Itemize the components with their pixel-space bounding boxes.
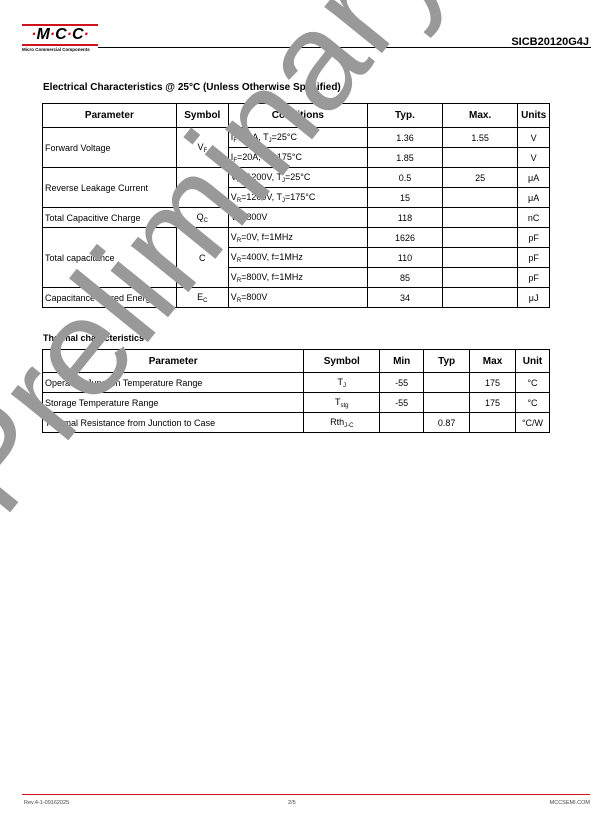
typ-cell: 34 — [367, 288, 442, 308]
symbol-cell: QC — [176, 208, 228, 228]
table-row: Operating Junction Temperature RangeTJ-5… — [43, 373, 550, 393]
logo-bottom-bar — [22, 44, 98, 46]
column-header-units: Units — [518, 104, 550, 128]
thermal-characteristics-table: ParameterSymbolMinTypMaxUnit Operating J… — [42, 349, 550, 433]
max-cell: 25 — [442, 168, 517, 188]
column-header-max: Max — [470, 350, 516, 373]
max-cell — [442, 288, 517, 308]
table-row: Total Capacitive ChargeQCVR=800V118nC — [43, 208, 550, 228]
unit-cell: μJ — [518, 288, 550, 308]
column-header-unit: Unit — [515, 350, 549, 373]
max-cell — [442, 148, 517, 168]
typ-cell: 1.36 — [367, 128, 442, 148]
typ-cell — [424, 373, 470, 393]
column-header-typ: Typ. — [367, 104, 442, 128]
min-cell — [380, 413, 424, 433]
max-cell — [470, 413, 516, 433]
symbol-cell: IR — [176, 168, 228, 208]
parameter-cell: Storage Temperature Range — [43, 393, 304, 413]
table-row: Reverse Leakage CurrentIRVR=1200V, TJ=25… — [43, 168, 550, 188]
table-row: Storage Temperature RangeTstg-55175°C — [43, 393, 550, 413]
unit-cell: μA — [518, 168, 550, 188]
mcc-logo: ·M·C·C· Micro Commercial Components — [22, 24, 98, 53]
conditions-cell: IF=20A, TJ=25°C — [228, 128, 367, 148]
thermal-section-title: Thermal characteristics — [43, 333, 144, 343]
min-cell: -55 — [380, 393, 424, 413]
typ-cell: 118 — [367, 208, 442, 228]
conditions-cell: IF=20A, TJ=175°C — [228, 148, 367, 168]
table-row: Thermal Resistance from Junction to Case… — [43, 413, 550, 433]
column-header-min: Min — [380, 350, 424, 373]
column-header-symbol: Symbol — [176, 104, 228, 128]
max-cell — [442, 208, 517, 228]
symbol-cell: TJ — [304, 373, 380, 393]
unit-cell: pF — [518, 268, 550, 288]
part-number: SICB20120G4J — [511, 36, 589, 48]
table-row: Forward VoltageVFIF=20A, TJ=25°C1.361.55… — [43, 128, 550, 148]
conditions-cell: VR=800V, f=1MHz — [228, 268, 367, 288]
unit-cell: pF — [518, 228, 550, 248]
max-cell: 1.55 — [442, 128, 517, 148]
typ-cell: 85 — [367, 268, 442, 288]
column-header-symbol: Symbol — [304, 350, 380, 373]
typ-cell: 1.85 — [367, 148, 442, 168]
max-cell: 175 — [470, 393, 516, 413]
unit-cell: °C/W — [515, 413, 549, 433]
max-cell — [442, 248, 517, 268]
unit-cell: V — [518, 128, 550, 148]
typ-cell: 15 — [367, 188, 442, 208]
conditions-cell: VR=1200V, TJ=175°C — [228, 188, 367, 208]
conditions-cell: VR=0V, f=1MHz — [228, 228, 367, 248]
unit-cell: pF — [518, 248, 550, 268]
parameter-cell: Reverse Leakage Current — [43, 168, 177, 208]
typ-cell: 0.87 — [424, 413, 470, 433]
max-cell — [442, 188, 517, 208]
symbol-cell: EC — [176, 288, 228, 308]
logo-subtitle: Micro Commercial Components — [22, 47, 98, 53]
footer-website: MCCSEMI.COM — [550, 800, 590, 806]
table-row: Capacitance Stored EnergyECVR=800V34μJ — [43, 288, 550, 308]
parameter-cell: Thermal Resistance from Junction to Case — [43, 413, 304, 433]
max-cell — [442, 228, 517, 248]
conditions-cell: VR=1200V, TJ=25°C — [228, 168, 367, 188]
typ-cell: 1626 — [367, 228, 442, 248]
min-cell: -55 — [380, 373, 424, 393]
unit-cell: μA — [518, 188, 550, 208]
parameter-cell: Capacitance Stored Energy — [43, 288, 177, 308]
typ-cell: 0.5 — [367, 168, 442, 188]
footer-page-number: 2/5 — [288, 800, 296, 806]
electrical-characteristics-table: ParameterSymbolConditionsTyp.Max.Units F… — [42, 103, 550, 308]
parameter-cell: Total capacitance — [43, 228, 177, 288]
symbol-cell: C — [176, 228, 228, 288]
parameter-cell: Total Capacitive Charge — [43, 208, 177, 228]
conditions-cell: VR=800V — [228, 288, 367, 308]
symbol-cell: RthJ-C — [304, 413, 380, 433]
footer-rule — [22, 794, 590, 795]
logo-mark: ·M·C·C· — [22, 26, 98, 44]
symbol-cell: Tstg — [304, 393, 380, 413]
column-header-conditions: Conditions — [228, 104, 367, 128]
typ-cell: 110 — [367, 248, 442, 268]
unit-cell: °C — [515, 373, 549, 393]
parameter-cell: Operating Junction Temperature Range — [43, 373, 304, 393]
unit-cell: °C — [515, 393, 549, 413]
symbol-cell: VF — [176, 128, 228, 168]
column-header-parameter: Parameter — [43, 104, 177, 128]
footer-revision: Rev.4-1-09162025 — [24, 800, 69, 806]
parameter-cell: Forward Voltage — [43, 128, 177, 168]
column-header-typ: Typ — [424, 350, 470, 373]
conditions-cell: VR=400V, f=1MHz — [228, 248, 367, 268]
unit-cell: nC — [518, 208, 550, 228]
column-header-parameter: Parameter — [43, 350, 304, 373]
typ-cell — [424, 393, 470, 413]
column-header-max: Max. — [442, 104, 517, 128]
conditions-cell: VR=800V — [228, 208, 367, 228]
electrical-section-title: Electrical Characteristics @ 25°C (Unles… — [43, 82, 341, 93]
max-cell: 175 — [470, 373, 516, 393]
max-cell — [442, 268, 517, 288]
unit-cell: V — [518, 148, 550, 168]
table-row: Total capacitanceCVR=0V, f=1MHz1626pF — [43, 228, 550, 248]
